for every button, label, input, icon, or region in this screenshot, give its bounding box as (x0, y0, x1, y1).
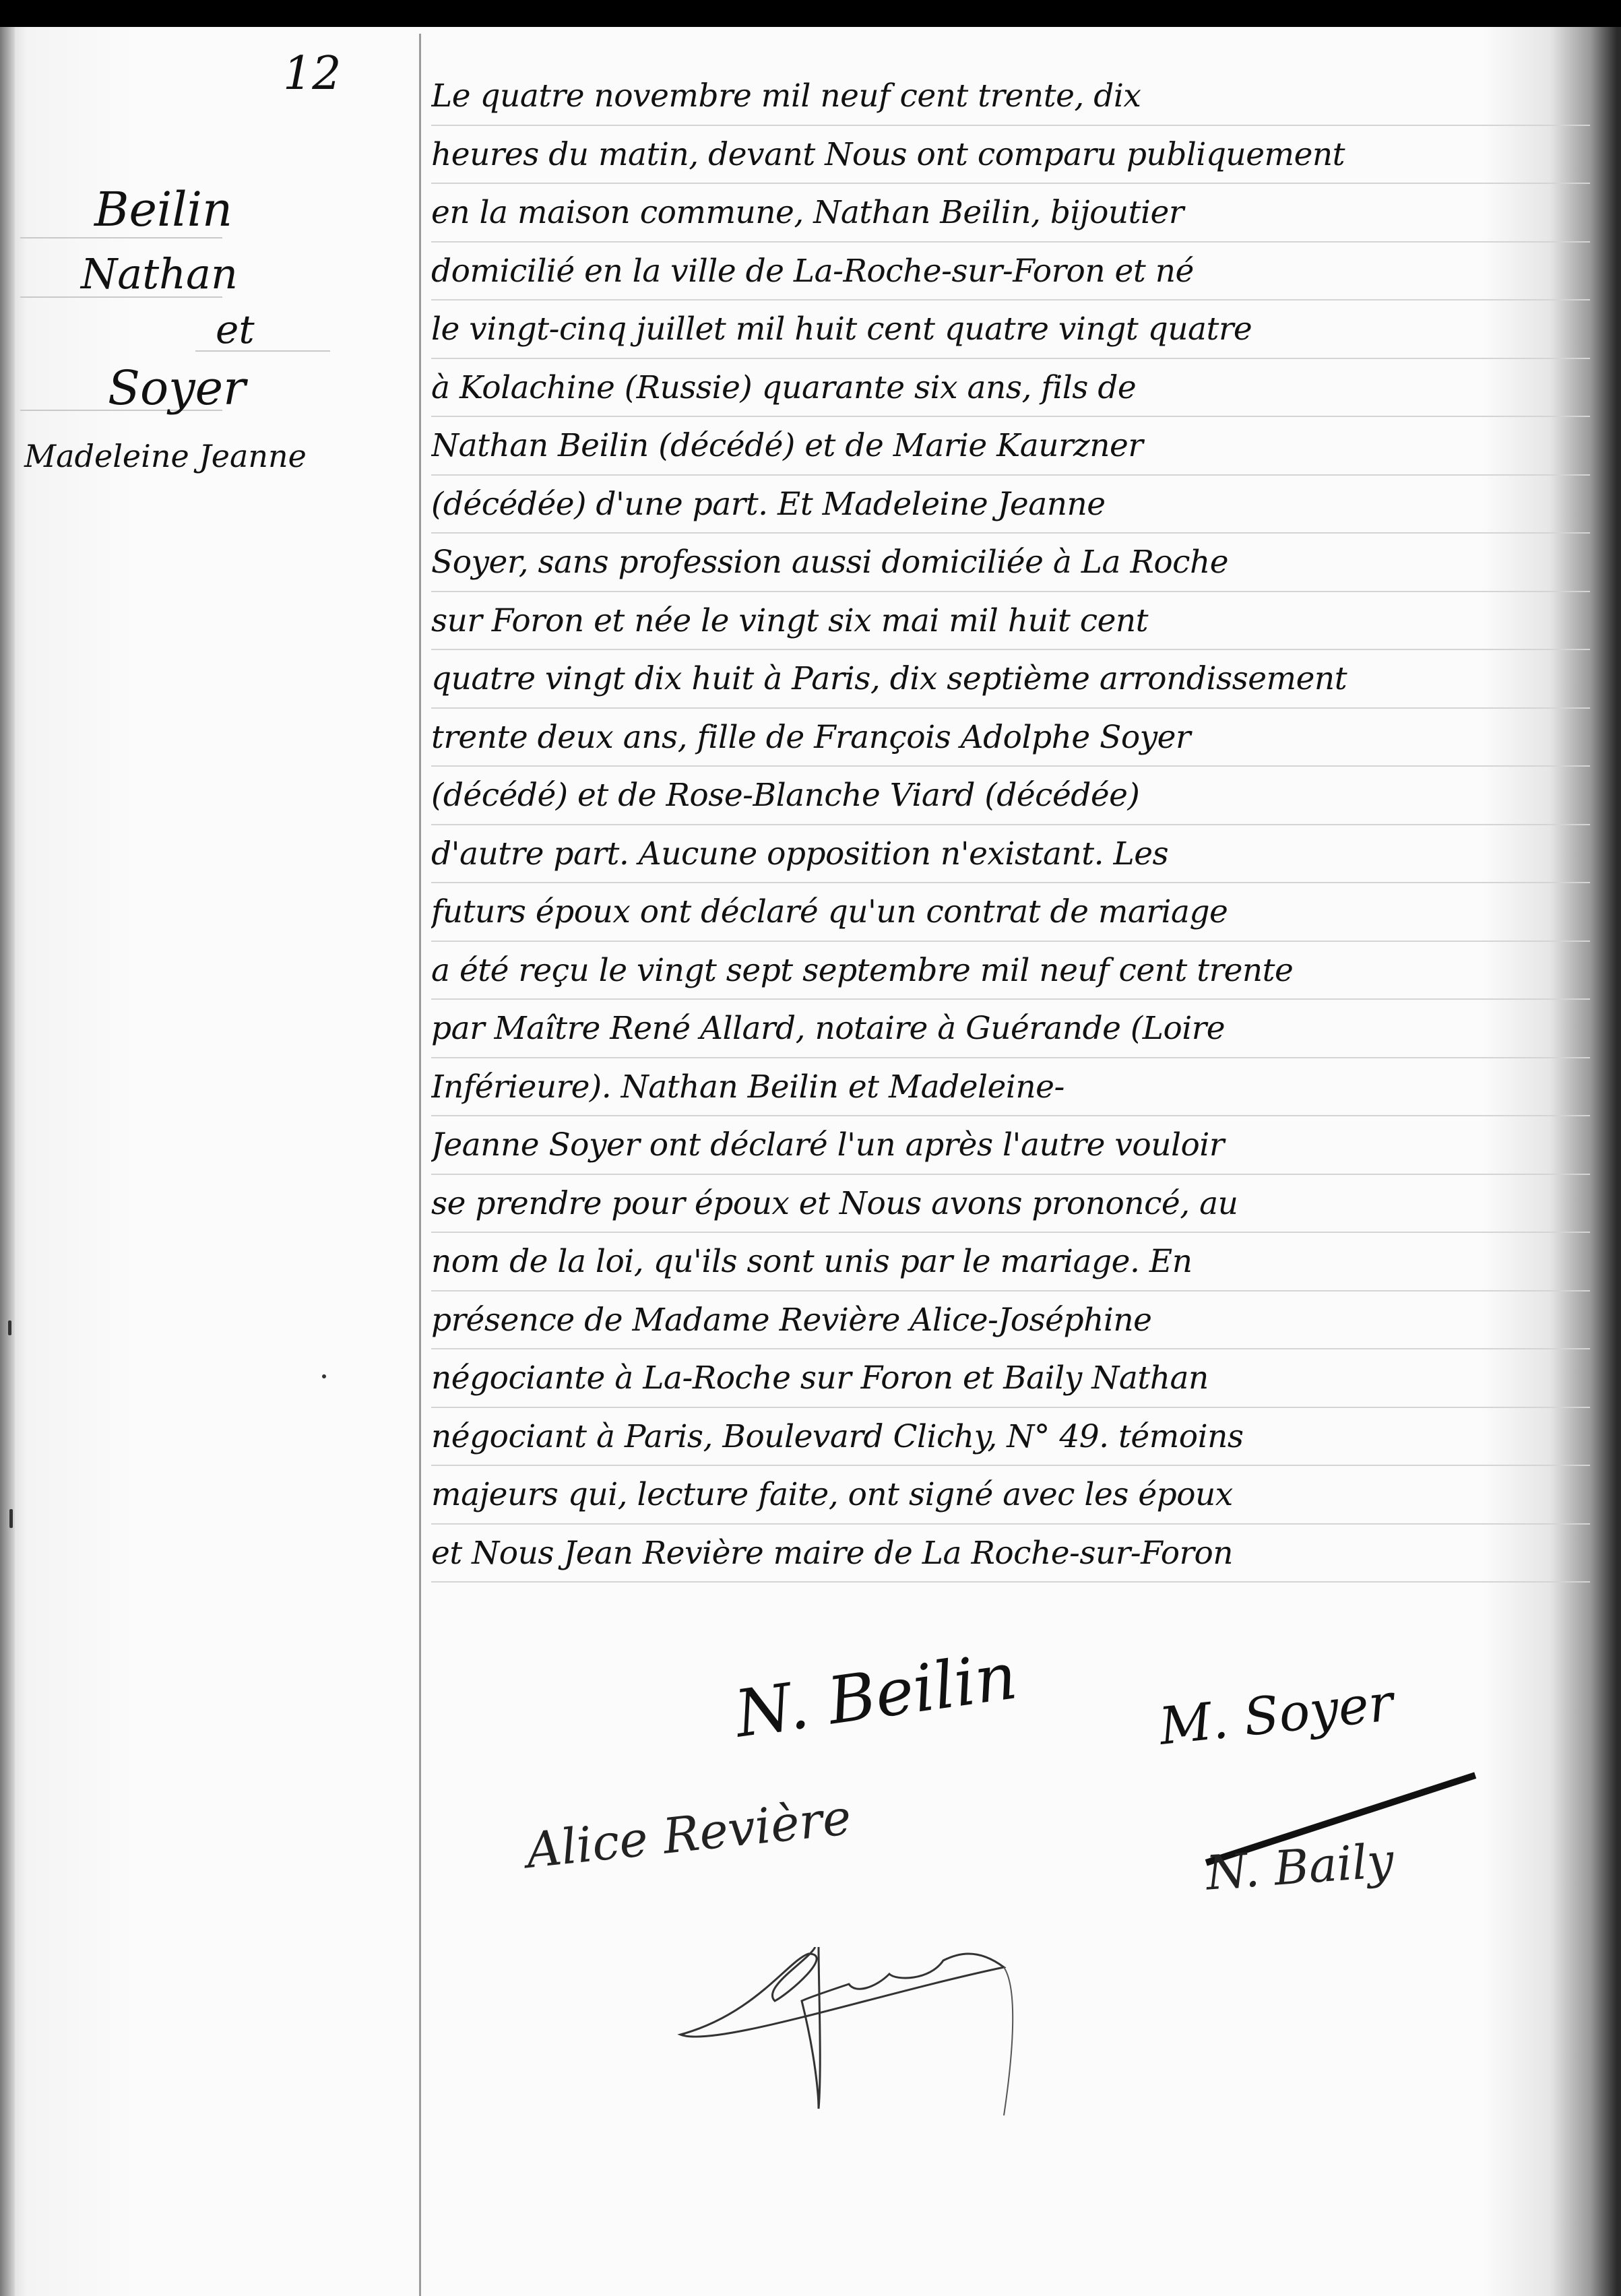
text-line: Jeanne Soyer ont déclaré l'un après l'au… (431, 1116, 1590, 1175)
text-line: négociant à Paris, Boulevard Clichy, N° … (431, 1408, 1590, 1467)
text-line: d'autre part. Aucune opposition n'exista… (431, 825, 1590, 884)
text-line: en la maison commune, Nathan Beilin, bij… (431, 184, 1590, 243)
text-line: et Nous Jean Revière maire de La Roche-s… (431, 1525, 1590, 1583)
margin-rule (20, 237, 222, 238)
text-line: Le quatre novembre mil neuf cent trente,… (431, 67, 1590, 126)
margin-bride-given-names: Madeleine Jeanne (24, 438, 307, 474)
scan-top-border (0, 0, 1621, 30)
act-number: 12 (283, 47, 342, 100)
ink-speck (9, 1509, 13, 1528)
ink-speck (8, 1320, 11, 1335)
text-line: à Kolachine (Russie) quarante six ans, f… (431, 359, 1590, 418)
text-line: Inférieure). Nathan Beilin et Madeleine- (431, 1058, 1590, 1117)
margin-conjunction: et (216, 307, 255, 352)
text-line: sur Foron et née le vingt six mai mil hu… (431, 592, 1590, 651)
text-line: le vingt-cinq juillet mil huit cent quat… (431, 300, 1590, 359)
text-line: se prendre pour époux et Nous avons pron… (431, 1175, 1590, 1234)
ink-speck (322, 1374, 326, 1378)
text-line: (décédée) d'une part. Et Madeleine Jeann… (431, 476, 1590, 534)
text-line: Nathan Beilin (décédé) et de Marie Kaurz… (431, 417, 1590, 476)
text-line: heures du matin, devant Nous ont comparu… (431, 126, 1590, 185)
margin-column-rule (419, 34, 421, 2296)
margin-bride-surname: Soyer (108, 360, 246, 416)
text-line: négociante à La-Roche sur Foron et Baily… (431, 1349, 1590, 1408)
margin-groom-given-name: Nathan (81, 249, 238, 298)
text-line: quatre vingt dix huit à Paris, dix septi… (431, 650, 1590, 709)
text-line: futurs époux ont déclaré qu'un contrat d… (431, 883, 1590, 942)
marriage-act-text: Le quatre novembre mil neuf cent trente,… (431, 67, 1590, 1583)
text-line: trente deux ans, fille de François Adolp… (431, 709, 1590, 767)
text-line: domicilié en la ville de La-Roche-sur-Fo… (431, 243, 1590, 301)
page-binding-edge (0, 27, 15, 2296)
text-line: nom de la loi, qu'ils sont unis par le m… (431, 1233, 1590, 1291)
text-line: (décédé) et de Rose-Blanche Viard (décéd… (431, 767, 1590, 825)
text-line: majeurs qui, lecture faite, ont signé av… (431, 1466, 1590, 1525)
text-line: a été reçu le vingt sept septembre mil n… (431, 942, 1590, 1000)
margin-groom-surname: Beilin (94, 182, 232, 237)
text-line: par Maître René Allard, notaire à Guéran… (431, 1000, 1590, 1058)
signature-mayor-flourish (674, 1947, 1024, 2122)
text-line: Soyer, sans profession aussi domiciliée … (431, 534, 1590, 592)
text-line: présence de Madame Revière Alice-Joséphi… (431, 1291, 1590, 1350)
